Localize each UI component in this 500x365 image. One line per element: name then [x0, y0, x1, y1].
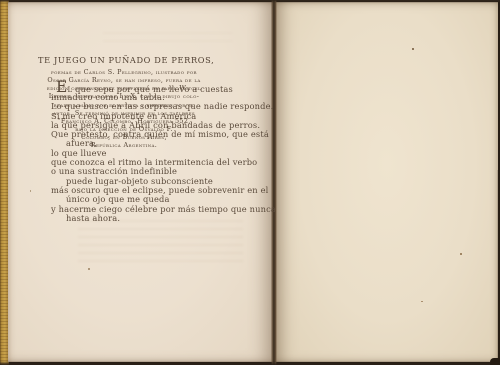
photo-edge-bottom — [0, 361, 500, 365]
colophon-line: reado a mano por el artista y firmados p… — [38, 101, 210, 109]
paper-speck — [412, 48, 414, 50]
colophon-line: autor. Se terminó de imprimir en los tal… — [38, 109, 210, 117]
colophon-line: poemas de Carlos S. Pellegrino, ilustrad… — [38, 68, 210, 76]
book-gutter — [271, 0, 277, 365]
colophon-book-title: TE JUEGO UN PUÑADO DE PERROS, — [38, 55, 210, 65]
photo-edge-corner — [490, 358, 500, 365]
paper-speck — [460, 253, 462, 255]
colophon-line: “Francisco A. Colombo” Hortiguera 552, — [38, 117, 210, 125]
paper-speck — [88, 268, 90, 270]
colophon-line: Ledger, numerados de I a X, con el dibuj… — [38, 92, 210, 100]
colophon-line: Colombo, en Buenos Aires, — [38, 133, 210, 141]
bleed-through-smudge — [78, 220, 243, 266]
colophon-text: TE JUEGO UN PUÑADO DE PERROS, poemas de … — [38, 55, 210, 150]
right-page — [276, 2, 498, 362]
colophon-line: República Argentina. — [38, 141, 210, 149]
colophon-lines: poemas de Carlos S. Pellegrino, ilustrad… — [38, 68, 210, 150]
colophon-line: bajo la dirección de Osvaldo F. — [38, 125, 210, 133]
paper-speck — [30, 190, 31, 192]
paper-speck — [421, 301, 423, 302]
poem-line: hasta ahora. — [51, 214, 259, 223]
open-book-scan: El que sepa por qué me llevo a cuestas i… — [0, 0, 500, 365]
photo-edge-top — [0, 0, 500, 3]
colophon-line: Oscar García Reyno, se han impreso, fuer… — [38, 76, 210, 84]
bleed-through-smudge — [103, 32, 233, 44]
colophon-line: edición corriente diez ejemplares en pap… — [38, 84, 210, 92]
